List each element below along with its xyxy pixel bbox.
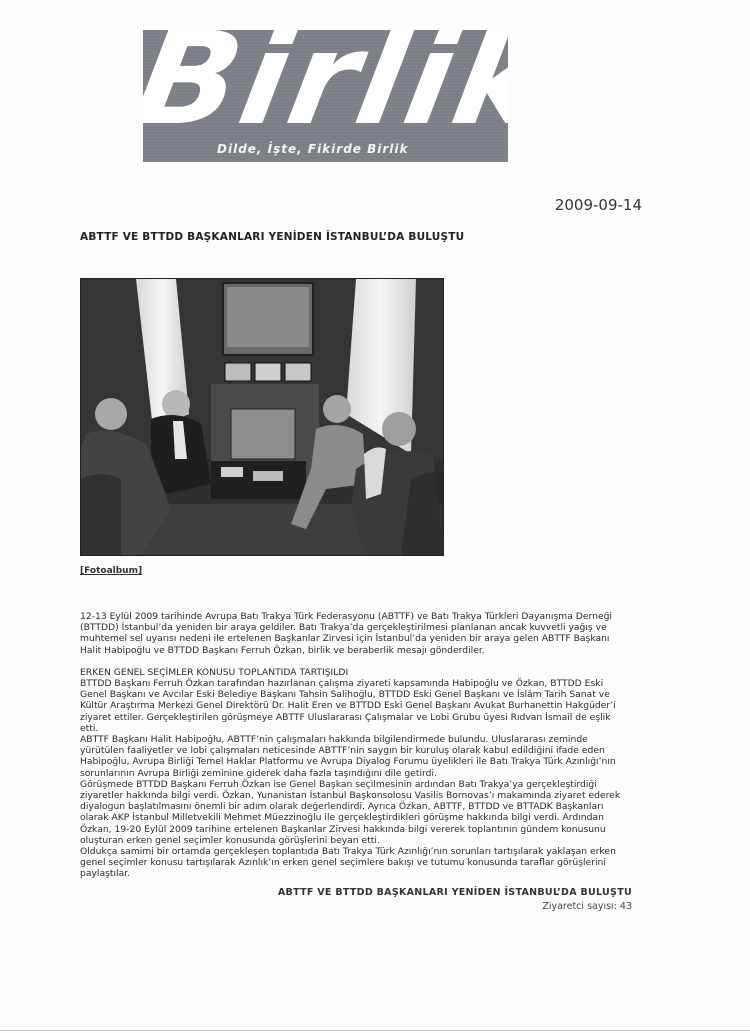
article-headline: ABTTF VE BTTDD BAŞKANLARI YENİDEN İSTANB… bbox=[80, 231, 464, 243]
meeting-photo-image bbox=[81, 279, 443, 555]
section-subheading: ERKEN GENEL SEÇİMLER KONUSU TOPLANTIDA T… bbox=[80, 667, 628, 678]
masthead-logo: Birlik Dilde, İşte, Fikirde Birlik bbox=[143, 30, 508, 162]
visitor-count: Ziyaretci sayısı: 43 bbox=[542, 901, 632, 912]
article-photo bbox=[80, 278, 444, 556]
paragraph: BTTDD Başkanı Ferruh Özkan tarafından ha… bbox=[80, 678, 628, 734]
logo-wordmark: Birlik bbox=[143, 30, 508, 144]
article-date: 2009-09-14 bbox=[555, 196, 642, 214]
scan-edge-divider bbox=[0, 1030, 750, 1031]
paragraph-intro: 12-13 Eylül 2009 tarihinde Avrupa Batı T… bbox=[80, 611, 628, 656]
paragraph: Oldukça samimi bir ortamda gerçekleşen t… bbox=[80, 846, 628, 880]
logo-tagline: Dilde, İşte, Fikirde Birlik bbox=[217, 142, 408, 156]
paragraph: ABTTF Başkanı Halit Habipoğlu, ABTTF’nin… bbox=[80, 734, 628, 779]
paragraph: Görüşmede BTTDD Başkanı Ferruh Özkan ise… bbox=[80, 779, 628, 846]
footer-article-title: ABTTF VE BTTDD BAŞKANLARI YENİDEN İSTANB… bbox=[278, 887, 632, 898]
article-body: 12-13 Eylül 2009 tarihinde Avrupa Batı T… bbox=[80, 611, 628, 880]
fotoalbum-link[interactable]: [Fotoalbum] bbox=[80, 566, 142, 576]
